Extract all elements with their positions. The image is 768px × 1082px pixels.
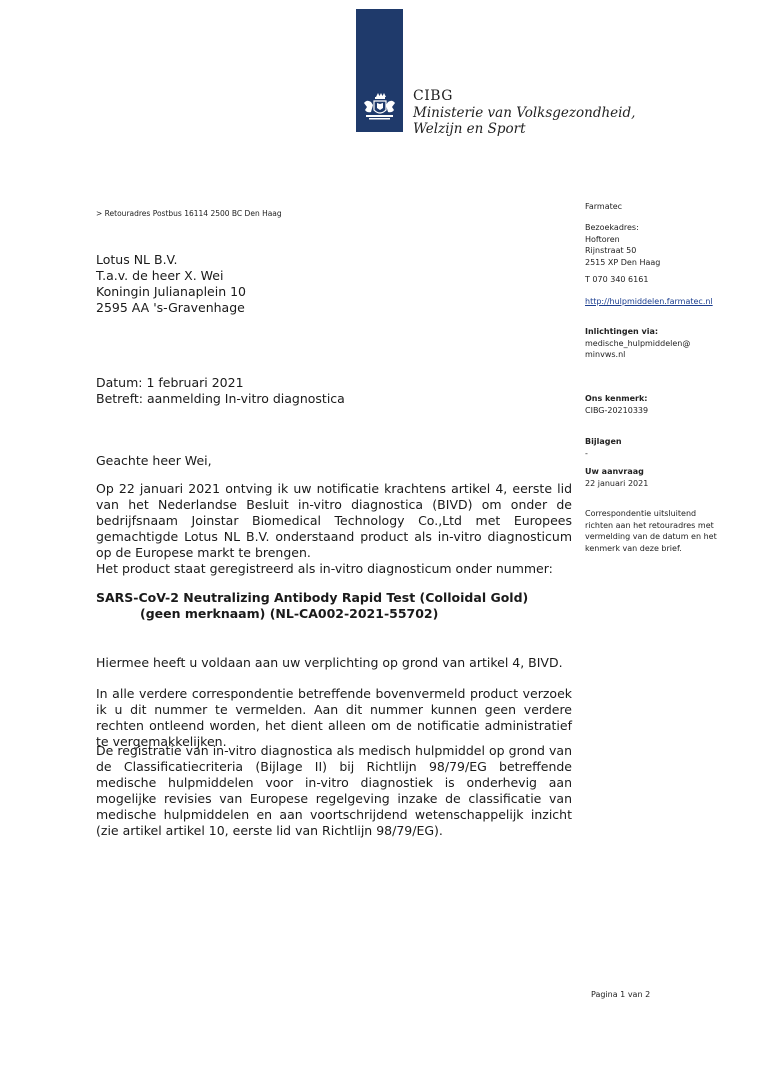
coat-of-arms-icon: [361, 91, 398, 125]
sidebar-url-wrap: http://hulpmiddelen.farmatec.nl: [585, 296, 750, 308]
reference-value: CIBG-20210339: [585, 405, 750, 417]
ministry-name-line2: Welzijn en Sport: [413, 121, 635, 137]
farmatec-link[interactable]: http://hulpmiddelen.farmatec.nl: [585, 297, 713, 306]
request-label: Uw aanvraag: [585, 466, 750, 478]
attachments-label: Bijlagen: [585, 436, 750, 448]
letter-subject: Betreft: aanmelding In-vitro diagnostica: [96, 391, 345, 407]
reference-label: Ons kenmerk:: [585, 393, 750, 405]
sidebar-info: Inlichtingen via: medische_hulpmiddelen@…: [585, 326, 750, 361]
letter-date: Datum: 1 februari 2021: [96, 375, 345, 391]
paragraph-registration: Het product staat geregistreerd als in-v…: [96, 561, 572, 577]
sidebar-attachments: Bijlagen -: [585, 436, 750, 459]
request-value: 22 januari 2021: [585, 478, 750, 490]
return-address: > Retouradres Postbus 16114 2500 BC Den …: [96, 209, 282, 218]
letter-meta: Datum: 1 februari 2021 Betreft: aanmeldi…: [96, 375, 345, 407]
paragraph-correspondence: In alle verdere correspondentie betreffe…: [96, 686, 572, 750]
info-email-line2: minvws.nl: [585, 349, 750, 361]
recipient-company: Lotus NL B.V.: [96, 252, 246, 268]
recipient-address: Lotus NL B.V. T.a.v. de heer X. Wei Koni…: [96, 252, 246, 316]
visit-city: 2515 XP Den Haag: [585, 257, 750, 269]
visit-building: Hoftoren: [585, 234, 750, 246]
product-name: SARS-CoV-2 Neutralizing Antibody Rapid T…: [96, 590, 528, 606]
sidebar-correspondence-note: Correspondentie uitsluitend richten aan …: [585, 508, 725, 554]
paragraph-notification: Op 22 januari 2021 ontving ik uw notific…: [96, 481, 572, 561]
recipient-city: 2595 AA 's-Gravenhage: [96, 300, 246, 316]
info-email-line1: medische_hulpmiddelen@: [585, 338, 750, 350]
info-label: Inlichtingen via:: [585, 326, 750, 338]
sidebar-reference: Ons kenmerk: CIBG-20210339: [585, 393, 750, 416]
sidebar-request: Uw aanvraag 22 januari 2021: [585, 466, 750, 489]
recipient-street: Koningin Julianaplein 10: [96, 284, 246, 300]
sidebar-visit-address: Bezoekadres: Hoftoren Rijnstraat 50 2515…: [585, 222, 750, 268]
paragraph-obligation: Hiermee heeft u voldaan aan uw verplicht…: [96, 655, 572, 671]
org-name: CIBG: [413, 88, 635, 105]
visit-label: Bezoekadres:: [585, 222, 750, 234]
page-number: Pagina 1 van 2: [591, 990, 650, 999]
ministry-name-line1: Ministerie van Volksgezondheid,: [413, 105, 635, 121]
sidebar-department: Farmatec: [585, 201, 750, 213]
ministry-logo: [356, 9, 403, 132]
recipient-attention: T.a.v. de heer X. Wei: [96, 268, 246, 284]
visit-street: Rijnstraat 50: [585, 245, 750, 257]
salutation: Geachte heer Wei,: [96, 453, 212, 468]
product-registration: SARS-CoV-2 Neutralizing Antibody Rapid T…: [96, 590, 528, 622]
attachments-value: -: [585, 448, 750, 460]
paragraph-classification: De registratie van in-vitro diagnostica …: [96, 743, 572, 839]
product-number: (geen merknaam) (NL-CA002-2021-55702): [96, 606, 528, 622]
sidebar-phone: T 070 340 6161: [585, 274, 750, 286]
logo-text: CIBG Ministerie van Volksgezondheid, Wel…: [413, 88, 635, 137]
